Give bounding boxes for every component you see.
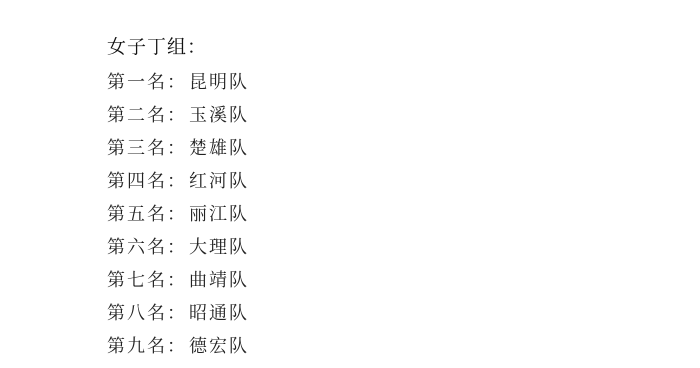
ranking-row: 第七名：曲靖队 [107,264,249,297]
rank-label: 第一名： [107,66,187,99]
group-heading: 女子丁组： [107,34,249,60]
ranking-document: 女子丁组： 第一名：昆明队 第二名：玉溪队 第三名：楚雄队 第四名：红河队 第五… [107,34,249,363]
ranking-row: 第五名：丽江队 [107,198,249,231]
ranking-row: 第八名：昭通队 [107,297,249,330]
team-name: 丽江队 [189,198,249,231]
ranking-row: 第三名：楚雄队 [107,132,249,165]
rank-label: 第六名： [107,231,187,264]
rank-label: 第八名： [107,297,187,330]
team-name: 德宏队 [189,330,249,363]
team-name: 曲靖队 [189,264,249,297]
team-name: 大理队 [189,231,249,264]
team-name: 昆明队 [189,66,249,99]
ranking-row: 第六名：大理队 [107,231,249,264]
team-name: 昭通队 [189,297,249,330]
rank-label: 第四名： [107,165,187,198]
ranking-row: 第四名：红河队 [107,165,249,198]
ranking-row: 第一名：昆明队 [107,66,249,99]
rank-label: 第七名： [107,264,187,297]
rank-label: 第二名： [107,99,187,132]
ranking-row: 第二名：玉溪队 [107,99,249,132]
rank-label: 第九名： [107,330,187,363]
team-name: 红河队 [189,165,249,198]
rank-label: 第三名： [107,132,187,165]
rank-label: 第五名： [107,198,187,231]
team-name: 楚雄队 [189,132,249,165]
team-name: 玉溪队 [189,99,249,132]
ranking-row: 第九名：德宏队 [107,330,249,363]
